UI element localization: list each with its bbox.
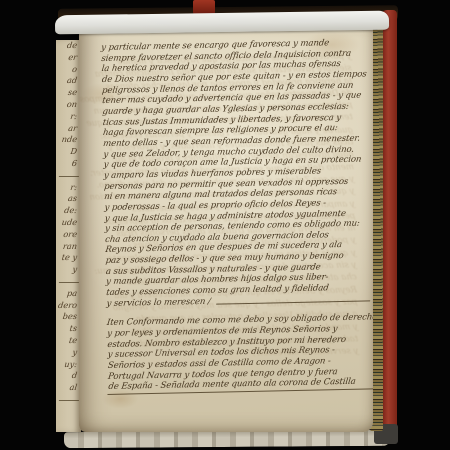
left-page-line-ending <box>56 170 81 182</box>
left-page-line-ending: ar <box>56 123 81 135</box>
left-page-line-ending: nde <box>56 134 81 146</box>
left-page-line-ending: ran <box>56 241 81 253</box>
left-page-line-ending: er <box>56 52 81 64</box>
photo-background: deeroadseonr:arndeD6r:asde:udeorerante y… <box>0 0 450 450</box>
left-page-line-ending: 6 <box>56 158 81 170</box>
manuscript-page: y particular mente se encargo que favore… <box>79 20 373 432</box>
red-bookmark-tab <box>193 0 215 14</box>
left-page-line-ending: ts <box>56 323 81 335</box>
left-page-line-ending: on <box>56 99 81 111</box>
left-page-line-ending: y <box>56 264 81 276</box>
paragraph-succession: Iten Conformando me como me debo y soy o… <box>107 313 373 395</box>
handwritten-text-block: y particular mente se encargo que favore… <box>101 37 373 395</box>
left-page-line-ending: ad <box>56 75 81 87</box>
left-page-line-ending: pa <box>56 288 81 300</box>
left-page-line-ending: ude <box>56 217 81 229</box>
left-page-line-ending: al <box>56 382 81 394</box>
bottom-page-edge <box>64 430 390 448</box>
left-page-line-ending: as <box>56 193 81 205</box>
left-page-line-ending: bes <box>56 311 81 323</box>
left-page-line-ending: de <box>56 40 81 52</box>
left-page-line-ending: d <box>56 370 81 382</box>
book-cover-edge <box>381 10 397 438</box>
left-page-line-ending: se <box>56 87 81 99</box>
left-page-line-ending: de: <box>56 205 81 217</box>
left-page-line-ending <box>56 394 81 406</box>
left-page-line-ending <box>56 276 81 288</box>
left-page-line-ending: y <box>56 347 81 359</box>
left-page-line-ending: r: <box>56 182 81 194</box>
paragraph-instructions: y particular mente se encargo que favore… <box>101 37 373 309</box>
left-page-line-ending: te y <box>56 252 81 264</box>
left-page-edge: deeroadseonr:arndeD6r:asde:udeorerante y… <box>56 40 81 432</box>
left-page-line-ending: ore <box>56 229 81 241</box>
left-page-line-ending: r: <box>56 111 81 123</box>
left-page-line-ending: dero <box>56 300 81 312</box>
left-page-line-ending: o <box>56 64 81 76</box>
left-page-line-ending: te <box>56 335 81 347</box>
left-page-line-ending: D <box>56 146 81 158</box>
left-page-line-ending: uy: <box>56 359 81 371</box>
